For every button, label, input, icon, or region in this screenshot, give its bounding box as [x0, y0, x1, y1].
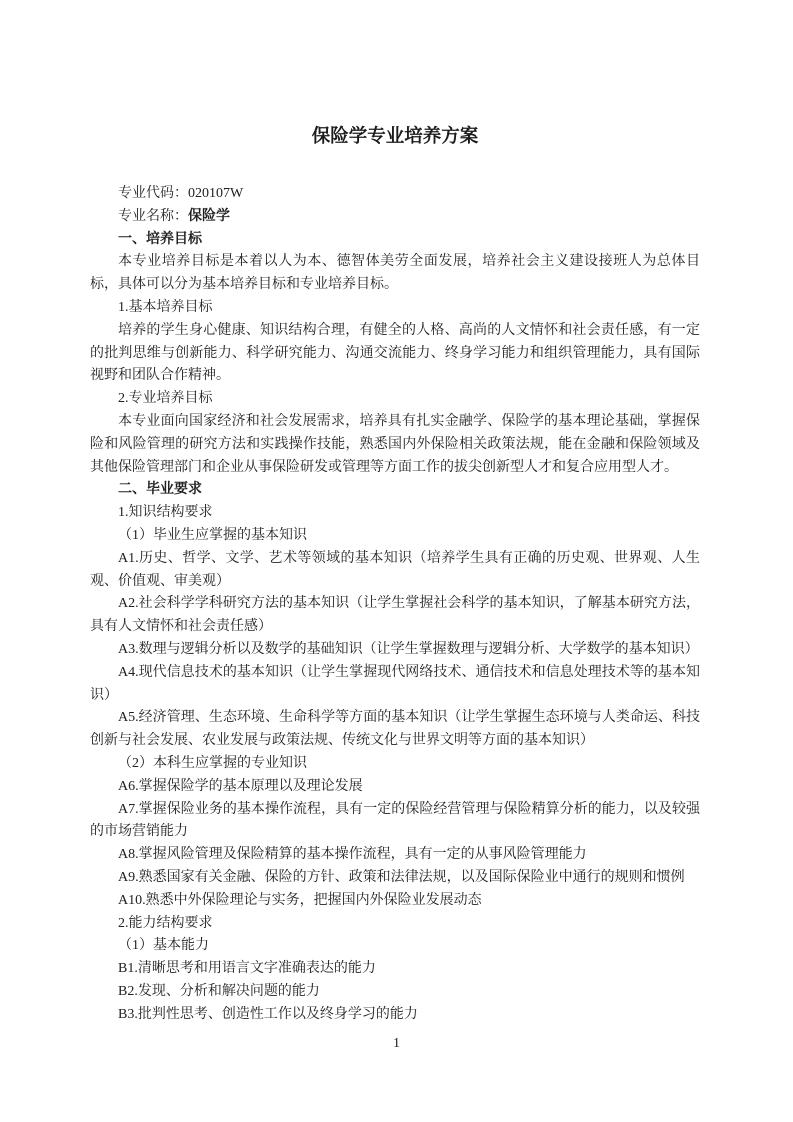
- major-code-label: 专业代码：: [118, 186, 188, 201]
- major-name-value: 保险学: [188, 209, 230, 224]
- list-item-a3: A3.数理与逻辑分析以及数学的基础知识（让学生掌握数理与逻辑分析、大学数学的基本…: [90, 639, 700, 662]
- list-item-a7: A7.掌握保险业务的基本操作流程，具有一定的保险经营管理与保险精算分析的能力，以…: [90, 799, 700, 845]
- list-item-a2: A2.社会科学学科研究方法的基本知识（让学生掌握社会科学的基本知识，了解基本研究…: [90, 593, 700, 639]
- document-body: 保险学专业培养方案 专业代码：020107W 专业名称：保险学 一、培养目标 本…: [90, 0, 700, 1026]
- paragraph: 本专业面向国家经济和社会发展需求，培养具有扎实金融学、保险学的基本理论基础，掌握…: [90, 411, 700, 479]
- list-item-a4: A4.现代信息技术的基本知识（让学生掌握现代网络技术、通信技术和信息处理技术等的…: [90, 662, 700, 708]
- subheading-professional-objective: 2.专业培养目标: [90, 388, 700, 411]
- section-heading-graduation-requirements: 二、毕业要求: [90, 479, 700, 502]
- subheading-knowledge-structure: 1.知识结构要求: [90, 502, 700, 525]
- document-title: 保险学专业培养方案: [90, 123, 700, 151]
- document-page: 保险学专业培养方案 专业代码：020107W 专业名称：保险学 一、培养目标 本…: [0, 0, 793, 1122]
- major-code-line: 专业代码：020107W: [90, 183, 700, 206]
- major-name-label: 专业名称：: [118, 209, 188, 224]
- list-item-a1: A1.历史、哲学、文学、艺术等领域的基本知识（培养学生具有正确的历史观、世界观、…: [90, 548, 700, 594]
- list-item-b2: B2.发现、分析和解决问题的能力: [90, 981, 700, 1004]
- subheading-basic-knowledge: （1）毕业生应掌握的基本知识: [90, 525, 700, 548]
- major-code-value: 020107W: [188, 186, 243, 201]
- page-number: 1: [0, 1034, 793, 1054]
- list-item-a8: A8.掌握风险管理及保险精算的基本操作流程，具有一定的从事风险管理能力: [90, 844, 700, 867]
- list-item-b3: B3.批判性思考、创造性工作以及终身学习的能力: [90, 1004, 700, 1027]
- subheading-basic-objective: 1.基本培养目标: [90, 297, 700, 320]
- section-heading-training-objectives: 一、培养目标: [90, 229, 700, 252]
- subheading-professional-knowledge: （2）本科生应掌握的专业知识: [90, 753, 700, 776]
- list-item-a10: A10.熟悉中外保险理论与实务，把握国内外保险业发展动态: [90, 890, 700, 913]
- subheading-ability-structure: 2.能力结构要求: [90, 913, 700, 936]
- list-item-a6: A6.掌握保险学的基本原理以及理论发展: [90, 776, 700, 799]
- paragraph: 本专业培养目标是本着以人为本、德智体美劳全面发展，培养社会主义建设接班人为总体目…: [90, 251, 700, 297]
- list-item-a5: A5.经济管理、生态环境、生命科学等方面的基本知识（让学生掌握生态环境与人类命运…: [90, 707, 700, 753]
- subheading-basic-ability: （1）基本能力: [90, 935, 700, 958]
- paragraph: 培养的学生身心健康、知识结构合理，有健全的人格、高尚的人文情怀和社会责任感，有一…: [90, 320, 700, 388]
- list-item-b1: B1.清晰思考和用语言文字准确表达的能力: [90, 958, 700, 981]
- list-item-a9: A9.熟悉国家有关金融、保险的方针、政策和法律法规，以及国际保险业中通行的规则和…: [90, 867, 700, 890]
- major-name-line: 专业名称：保险学: [90, 206, 700, 229]
